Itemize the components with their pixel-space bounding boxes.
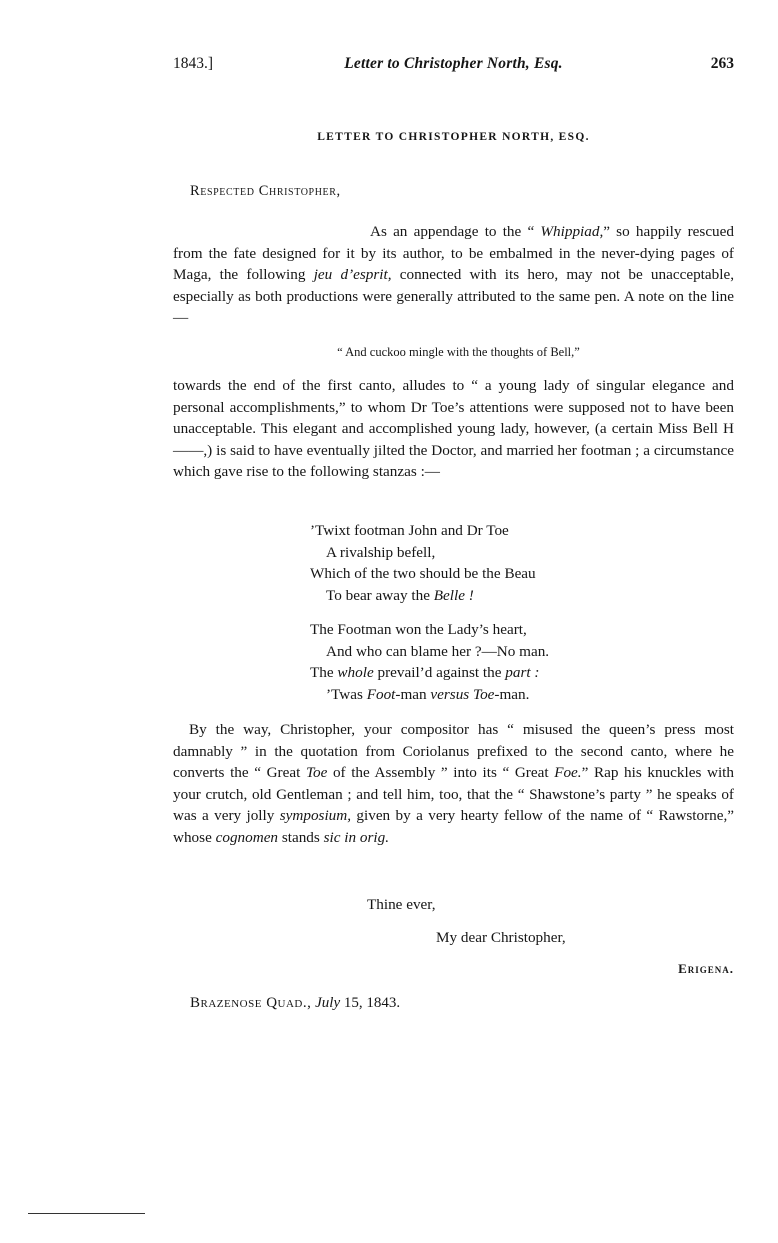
poem-stanza-1: ’Twixt footman John and Dr Toe A rivalsh… — [310, 520, 536, 606]
poem-line: ’Twas Foot-man versus Toe-man. — [310, 684, 549, 706]
poem-line: ’Twixt footman John and Dr Toe — [310, 520, 536, 542]
dateline-month: July — [315, 995, 340, 1011]
dateline: Brazenose Quad., July 15, 1843. — [190, 995, 400, 1012]
italic-run: part : — [505, 664, 539, 681]
document-page: 1843.] Letter to Christopher North, Esq.… — [0, 0, 778, 1243]
closing-line: Thine ever, — [367, 896, 436, 914]
text-run: As an appendage to the “ — [370, 223, 540, 240]
text-run: of the Assembly ” into its “ Great — [327, 764, 554, 781]
salutation: Respected Christopher, — [190, 183, 341, 200]
paragraph-context: towards the end of the first canto, allu… — [173, 375, 734, 483]
italic-run: Toe — [473, 686, 494, 703]
text-run: -man. — [494, 686, 529, 703]
poem-line: A rivalship befell, — [310, 542, 536, 564]
running-head-title: Letter to Christopher North, Esq. — [173, 55, 734, 73]
italic-run: whole — [337, 664, 373, 681]
text-run: -man — [395, 686, 430, 703]
text-run: prevail’d against the — [374, 664, 506, 681]
poem-line: The whole prevail’d against the part : — [310, 662, 549, 684]
paragraph-intro: As an appendage to the “ Whippiad,” so h… — [173, 221, 734, 329]
dateline-place: Brazenose Quad., — [190, 995, 311, 1011]
signature: Erigena. — [678, 961, 734, 977]
italic-run: cognomen — [216, 829, 278, 846]
poem-line: The Footman won the Lady’s heart, — [310, 619, 549, 641]
poem-line: To bear away the Belle ! — [310, 585, 536, 607]
italic-run: symposium, — [280, 807, 351, 824]
dateline-date: 15, 1843. — [340, 995, 400, 1011]
italic-jeu-desprit: jeu d’esprit, — [314, 266, 392, 283]
article-title: LETTER TO CHRISTOPHER NORTH, ESQ. — [173, 131, 734, 143]
text-run: ’Twas — [326, 686, 367, 703]
text-run: To bear away the — [326, 587, 434, 604]
text-run: stands — [278, 829, 324, 846]
poem-stanza-2: The Footman won the Lady’s heart, And wh… — [310, 619, 549, 705]
italic-run: Toe — [306, 764, 327, 781]
poem-line: Which of the two should be the Beau — [310, 563, 536, 585]
italic-run: sic in orig. — [324, 829, 389, 846]
quoted-line: “ And cuckoo mingle with the thoughts of… — [173, 345, 734, 360]
poem-line: And who can blame her ?—No man. — [310, 641, 549, 663]
closing-address: My dear Christopher, — [436, 929, 566, 947]
italic-title-whippiad: Whippiad, — [540, 223, 603, 240]
italic-run: versus — [430, 686, 469, 703]
page-number: 263 — [711, 55, 734, 73]
italic-run: Belle ! — [434, 587, 474, 604]
italic-run: Foe. — [554, 764, 581, 781]
text-run: The — [310, 664, 337, 681]
paragraph-compositor: By the way, Christopher, your compositor… — [173, 719, 734, 849]
italic-run: Foot — [367, 686, 396, 703]
running-head: 1843.] Letter to Christopher North, Esq.… — [173, 55, 734, 77]
footer-rule — [28, 1213, 145, 1214]
